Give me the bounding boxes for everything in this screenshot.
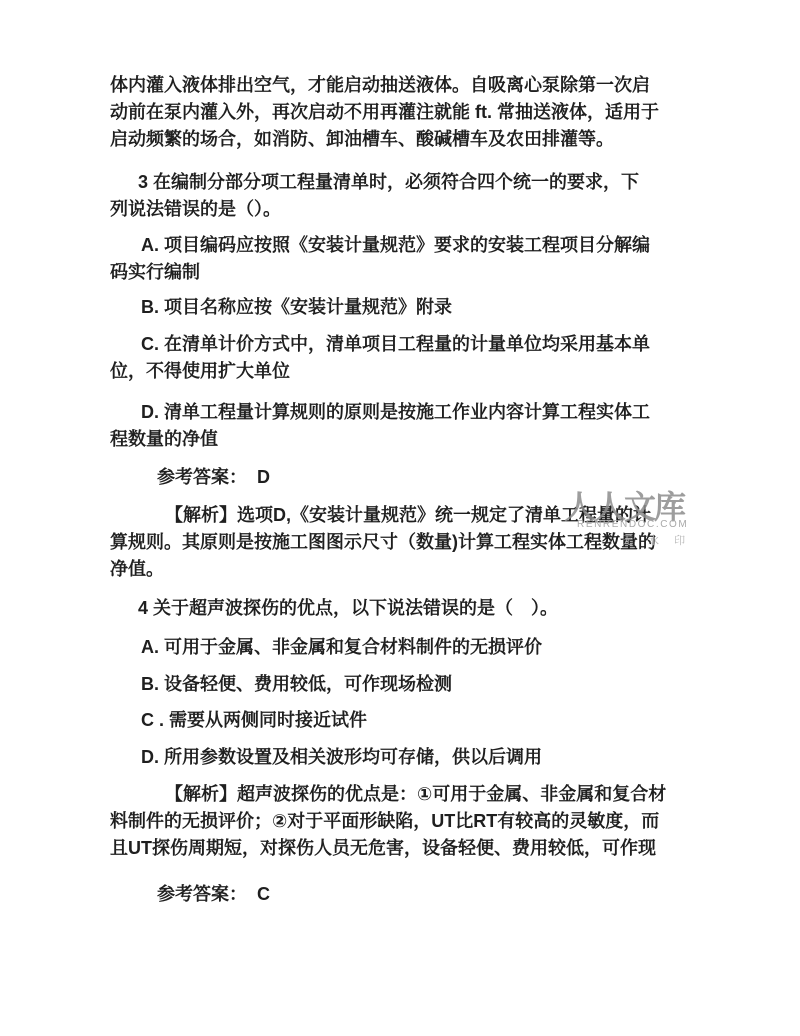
analysis-3: 【解析】选项D,《安装计量规范》统一规定了清单工程量的计 算规则。其原则是按施工… [110, 502, 670, 583]
option-4-a: A. 可用于金属、非金属和复合材料制件的无损评价 [110, 634, 670, 661]
option-4-b: B. 设备轻便、费用较低，可作现场检测 [110, 671, 670, 698]
question-3: 3 在编制分部分项工程量清单时，必须符合四个统一的要求，下 列说法错误的是（）。 [110, 169, 670, 223]
option-3-a: A. 项目编码应按照《安装计量规范》要求的安装工程项目分解编 码实行编制 [110, 232, 670, 286]
question-4: 4 关于超声波探伤的优点，以下说法错误的是（ ）。 [110, 595, 670, 622]
document-page: 体内灌入液体排出空气，才能启动抽送液体。自吸离心泵除第一次启 动前在泵内灌入外，… [0, 0, 800, 1036]
analysis-4: 【解析】超声波探伤的优点是：①可用于金属、非金属和复合材 料制件的无损评价；②对… [110, 781, 670, 862]
option-3-d: D. 清单工程量计算规则的原则是按施工作业内容计算工程实体工 程数量的净值 [110, 399, 670, 453]
answer-4: 参考答案： C [110, 881, 670, 908]
answer-3: 参考答案： D [110, 464, 670, 491]
paragraph-pump-continuation: 体内灌入液体排出空气，才能启动抽送液体。自吸离心泵除第一次启 动前在泵内灌入外，… [110, 72, 670, 153]
option-3-b: B. 项目名称应按《安装计量规范》附录 [110, 294, 670, 321]
option-3-c: C. 在清单计价方式中，清单项目工程量的计量单位均采用基本单 位，不得使用扩大单… [110, 331, 670, 385]
option-4-c: C . 需要从两侧同时接近试件 [110, 707, 670, 734]
option-4-d: D. 所用参数设置及相关波形均可存储，供以后调用 [110, 744, 670, 771]
